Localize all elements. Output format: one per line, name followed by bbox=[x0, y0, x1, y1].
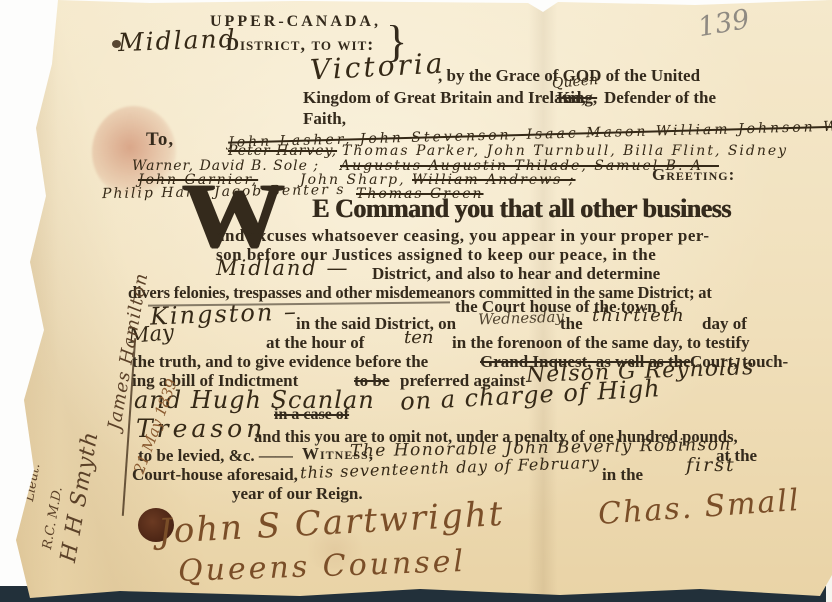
royal-line2-pre: Kingdom of Great Britain and Ireland, bbox=[303, 88, 586, 108]
closing-line3-pre: Court-house aforesaid, bbox=[132, 465, 298, 485]
command-lead: E Command you that all other business bbox=[312, 194, 731, 224]
command-body8: the truth, and to give evidence before t… bbox=[132, 352, 428, 372]
document-page: 139 UPPER-CANADA, Midland District, to w… bbox=[0, 0, 832, 602]
district-hand-2: Midland — bbox=[216, 256, 350, 280]
addressee-row2-struck: Peter Harvey, bbox=[228, 143, 337, 159]
the-word: the bbox=[560, 314, 583, 334]
day-of-label: day of bbox=[702, 314, 747, 334]
command-body1: and excuses whatsoever ceasing, you appe… bbox=[216, 226, 709, 246]
margin-note-lieut: Lieut. bbox=[22, 462, 43, 502]
closing-line2-pre: to be levied, &c. —— bbox=[138, 446, 293, 466]
greeting-label: Greeting: bbox=[652, 165, 735, 185]
weekday-hand: Wednesday bbox=[478, 308, 565, 329]
royal-line2-post: Defender of the bbox=[604, 88, 716, 108]
in-a-case-struck: in a case of bbox=[274, 406, 349, 424]
king-word-struck: King, bbox=[557, 88, 597, 108]
clerk-signature: Chas. Small bbox=[597, 483, 802, 532]
in-the-label: in the bbox=[602, 465, 643, 485]
day-hand: thirtieth bbox=[592, 305, 686, 326]
counsel-title: Queens Counsel bbox=[177, 544, 466, 589]
command-body7: in the forenoon of the same day, to test… bbox=[452, 333, 750, 353]
hour-hand: ten bbox=[404, 327, 433, 348]
sovereign-name-hand: Victoria bbox=[309, 46, 446, 86]
folio-number: 139 bbox=[696, 4, 752, 43]
scanned-document-canvas: 139 UPPER-CANADA, Midland District, to w… bbox=[0, 0, 832, 602]
hour-pre: at the hour of bbox=[266, 333, 364, 353]
regnal-year-hand: first bbox=[686, 454, 736, 476]
district-name-hand: Midland bbox=[118, 24, 238, 57]
command-body3: District, and also to hear and determine bbox=[372, 264, 660, 284]
closing-line4: year of our Reign. bbox=[232, 484, 363, 504]
addressee-row2: Thomas Parker, John Turnbull, Billa Flin… bbox=[342, 143, 788, 159]
to-label: To, bbox=[146, 129, 174, 151]
royal-line3: Faith, bbox=[303, 109, 346, 129]
